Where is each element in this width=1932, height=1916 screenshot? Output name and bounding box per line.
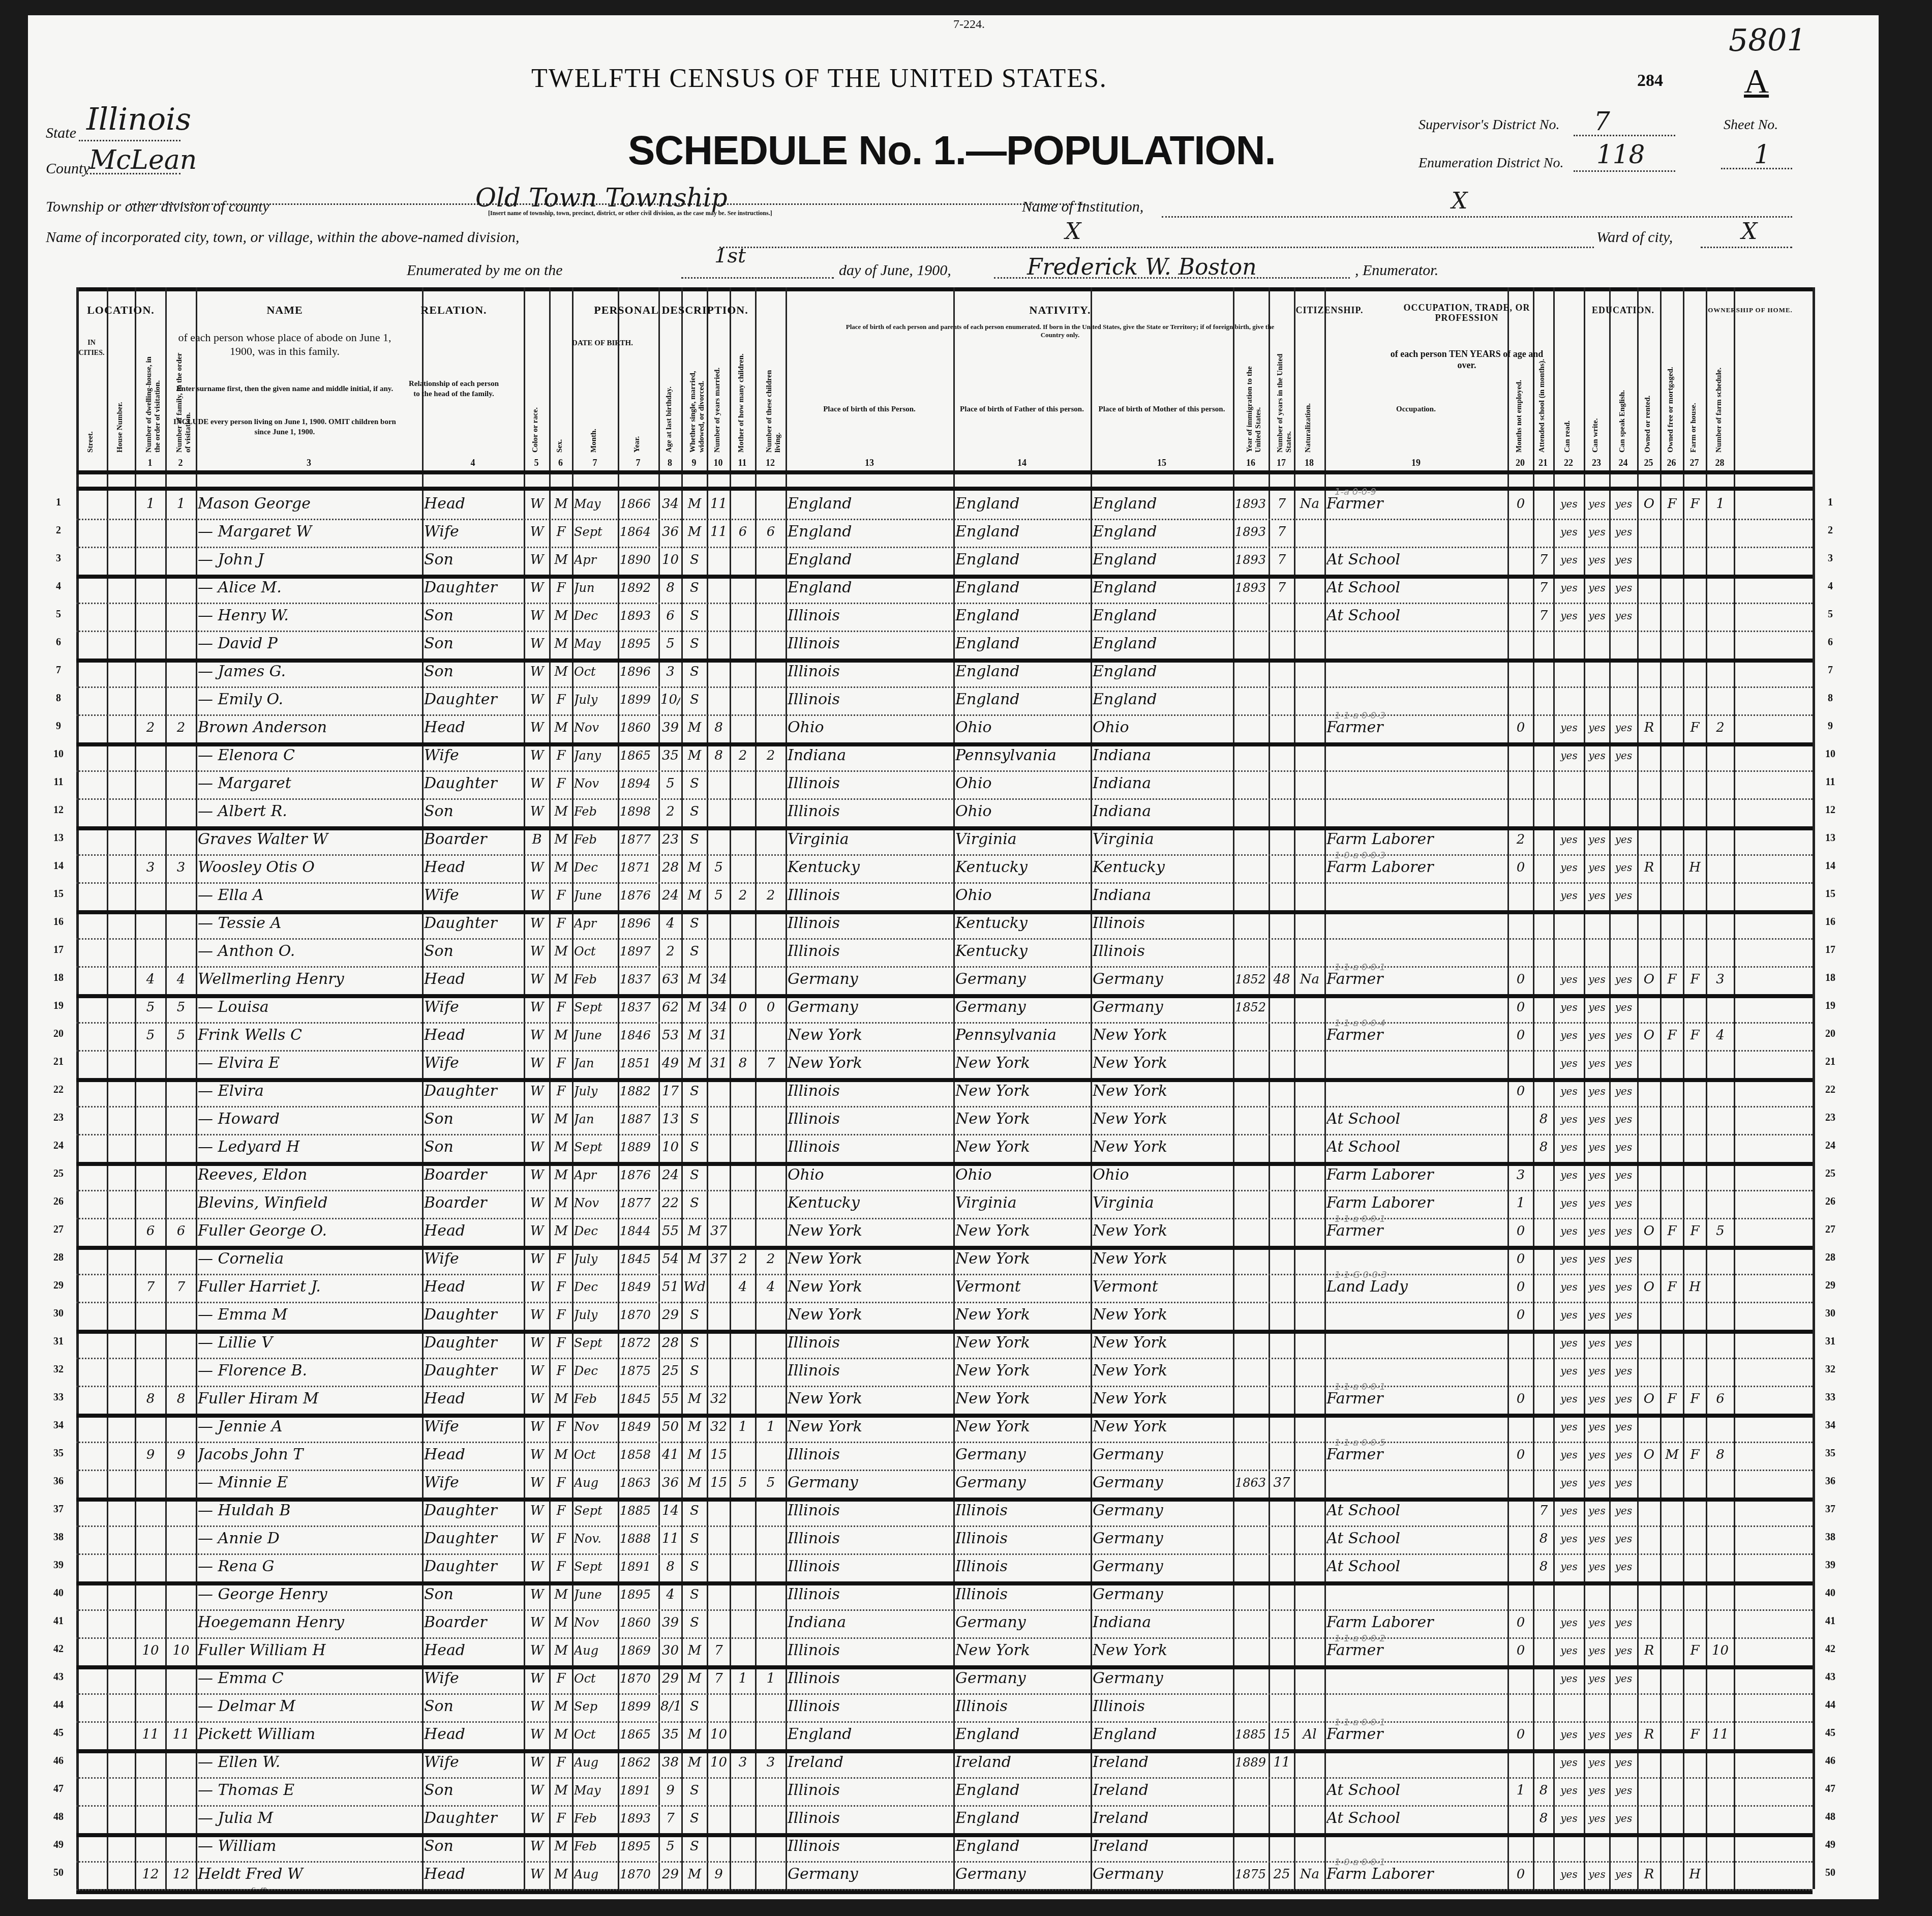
cell-read: yes: [1555, 1022, 1583, 1049]
cell-bp: Kentucky: [788, 1190, 952, 1216]
cell-mo: [732, 1498, 754, 1524]
cell-year: 1849: [620, 1274, 657, 1300]
cell-color: W: [526, 1218, 548, 1244]
column-header: Number of years in the United States.: [1276, 351, 1293, 453]
line-number: 1: [48, 497, 69, 508]
cell-bp: Illinois: [788, 1330, 952, 1356]
cell-read: yes: [1555, 1861, 1583, 1888]
cell-ne: 0: [1510, 966, 1532, 993]
line-number: 20: [1820, 1028, 1840, 1040]
cell-read: yes: [1555, 1498, 1583, 1524]
cell-ne: [1510, 1470, 1532, 1496]
cell-fh: F: [1685, 1721, 1705, 1748]
table-row[interactable]: 55— LouisaWifeWFSept183762M3400GermanyGe…: [76, 994, 1813, 1022]
cell-bp: Illinois: [788, 1525, 952, 1552]
cell-dw: [137, 1553, 164, 1580]
line-number: 9: [1820, 721, 1840, 732]
line-number: 7: [1820, 665, 1840, 676]
table-row[interactable]: — Elvira EWifeWFJan185149M3187New YorkNe…: [76, 1050, 1813, 1078]
cell-imm: [1235, 1553, 1267, 1580]
cell-dw: 12: [137, 1861, 164, 1888]
table-row[interactable]: — Alice M.DaughterWFJun18928SEnglandEngl…: [76, 575, 1813, 603]
column-number: 1: [135, 458, 165, 468]
cell-ym: 31: [709, 1050, 729, 1076]
line-number: 39: [1820, 1560, 1840, 1571]
cell-nat: [1296, 1302, 1323, 1328]
cell-rel: Head: [424, 714, 523, 741]
cell-ms: S: [683, 1162, 706, 1188]
sheet-number: 1: [1754, 140, 1770, 169]
line-number: 29: [1820, 1280, 1840, 1292]
table-row[interactable]: — Emily O.DaughterWFJuly189910/12SIllino…: [76, 686, 1813, 714]
cell-year: 1885: [620, 1498, 657, 1524]
cell-occ: [1326, 1050, 1506, 1076]
cell-year: 1899: [620, 686, 657, 713]
table-row[interactable]: — Delmar MSonWMSep18998/12SIllinoisIllin…: [76, 1693, 1813, 1721]
cell-rel: Head: [424, 1861, 523, 1888]
line-number: 37: [48, 1504, 69, 1515]
table-row[interactable]: 99Jacobs John THeadWMOct185841M15Illinoi…: [76, 1442, 1813, 1470]
cell-imm: [1235, 714, 1267, 741]
cell-ms: S: [683, 1833, 706, 1860]
cell-rel: Daughter: [424, 686, 523, 713]
cell-bpf: England: [955, 603, 1090, 629]
cell-year: 1869: [620, 1637, 657, 1664]
cell-ym: [709, 1609, 729, 1636]
cell-nat: [1296, 1777, 1323, 1804]
cell-ms: S: [683, 1581, 706, 1608]
cell-liv: [757, 1022, 784, 1049]
cell-read: yes: [1555, 994, 1583, 1021]
cell-name: — Ledyard H: [198, 1134, 421, 1160]
cell-fam: [167, 1498, 195, 1524]
table-row[interactable]: 44Wellmerling HenryHeadWMFeb183763M34Ger…: [76, 966, 1813, 994]
column-header: Number of years married.: [713, 351, 722, 453]
cell-liv: [757, 575, 784, 601]
cell-imm: [1235, 1498, 1267, 1524]
cell-age: 39: [660, 714, 680, 741]
cell-own: [1639, 603, 1659, 629]
group-name: NAME: [168, 305, 402, 315]
cell-read: yes: [1555, 1190, 1583, 1216]
cell-imm: [1235, 1190, 1267, 1216]
cell-imm: 1852: [1235, 966, 1267, 993]
cell-ms: M: [683, 882, 706, 909]
column-number: 22: [1553, 458, 1584, 468]
cell-fam: 9: [167, 1442, 195, 1468]
cell-name: — Lillie V: [198, 1330, 421, 1356]
cell-yus: [1271, 1805, 1293, 1832]
cell-name: Pickett William: [198, 1721, 421, 1748]
pencil-code: 1-1-a 0-0-1: [1335, 1214, 1385, 1224]
cell-write: yes: [1586, 1134, 1608, 1160]
cell-own: [1639, 1553, 1659, 1580]
cell-fh: [1685, 882, 1705, 909]
table-row[interactable]: — Minnie EWifeWFAug186336M1555GermanyGer…: [76, 1470, 1813, 1498]
table-row[interactable]: — Anthon O.SonWMOct18972SIllinoisKentuck…: [76, 938, 1813, 966]
cell-rel: Boarder: [424, 1190, 523, 1216]
cell-year: 1876: [620, 1162, 657, 1188]
table-row[interactable]: 66Fuller George O.HeadWMDec184455M37New …: [76, 1218, 1813, 1246]
cell-fam: [167, 547, 195, 573]
table-row[interactable]: — Henry W.SonWMDec18936SIllinoisEnglandE…: [76, 603, 1813, 631]
cell-free: [1662, 714, 1682, 741]
cell-yus: 11: [1271, 1749, 1293, 1776]
cell-month: Jany: [574, 742, 617, 769]
cell-bp: Germany: [788, 994, 952, 1021]
cell-bpf: England: [955, 519, 1090, 545]
cell-liv: 2: [757, 1246, 784, 1272]
table-row[interactable]: 77Fuller Harriet J.HeadWFDec184951Wd44Ne…: [76, 1274, 1813, 1302]
table-row[interactable]: — HowardSonWMJan188713SIllinoisNew YorkN…: [76, 1106, 1813, 1134]
table-row[interactable]: — Rena GDaughterWFSept18918SIllinoisIlli…: [76, 1553, 1813, 1581]
cell-nat: [1296, 1442, 1323, 1468]
cell-ms: S: [683, 1358, 706, 1384]
cell-name: — Elenora C: [198, 742, 421, 769]
cell-ym: [709, 1274, 729, 1300]
cell-yus: 7: [1271, 519, 1293, 545]
cell-nat: [1296, 1665, 1323, 1692]
cell-own: [1639, 826, 1659, 853]
table-row[interactable]: — George HenrySonWMJune18954SIllinoisIll…: [76, 1581, 1813, 1609]
cell-bp: Illinois: [788, 1665, 952, 1692]
state-value: Illinois: [86, 102, 191, 137]
cell-rel: Wife: [424, 1470, 523, 1496]
cell-ym: [709, 1581, 729, 1608]
table-row[interactable]: — James G.SonWMOct18963SIllinoisEnglandE…: [76, 658, 1813, 686]
column-header: House Number.: [116, 351, 125, 453]
line-number: 13: [1820, 832, 1840, 844]
cell-yus: [1271, 910, 1293, 937]
cell-rel: Wife: [424, 882, 523, 909]
cell-ne: 0: [1510, 994, 1532, 1021]
table-row[interactable]: Graves Walter WBoarderBMFeb187723SVirgin…: [76, 826, 1813, 854]
cell-year: 1889: [620, 1134, 657, 1160]
cell-year: 1893: [620, 603, 657, 629]
cell-sch: [1535, 1078, 1552, 1104]
cell-bpf: Germany: [955, 994, 1090, 1021]
enumeration-district: 118: [1596, 140, 1645, 169]
cell-read: yes: [1555, 714, 1583, 741]
cell-rel: Head: [424, 1637, 523, 1664]
cell-imm: [1235, 882, 1267, 909]
column-header: Occupation.: [1330, 404, 1502, 414]
table-row[interactable]: — Lillie VDaughterWFSept187228SIllinoisN…: [76, 1330, 1813, 1358]
cell-name: — Tessie A: [198, 910, 421, 937]
cell-bpm: Illinois: [1093, 910, 1232, 937]
cell-year: 1862: [620, 1749, 657, 1776]
cell-imm: [1235, 770, 1267, 797]
cell-color: W: [526, 938, 548, 965]
cell-yus: [1271, 826, 1293, 853]
line-number: 35: [1820, 1448, 1840, 1459]
cell-fs: [1708, 1106, 1733, 1132]
cell-nat: [1296, 798, 1323, 825]
cell-fh: [1685, 519, 1705, 545]
line-number: 24: [48, 1140, 69, 1152]
cell-own: [1639, 994, 1659, 1021]
cell-read: [1555, 1693, 1583, 1720]
cell-sch: [1535, 770, 1552, 797]
ward-label: Ward of city,: [1596, 229, 1673, 246]
cell-free: [1662, 798, 1682, 825]
cell-color: W: [526, 1386, 548, 1412]
cell-write: yes: [1586, 1637, 1608, 1664]
cell-read: yes: [1555, 1078, 1583, 1104]
cell-sex: F: [551, 1805, 571, 1832]
table-row[interactable]: — Jennie AWifeWFNov184950M3211New YorkNe…: [76, 1414, 1813, 1442]
cell-bp: Illinois: [788, 1106, 952, 1132]
cell-eng: yes: [1611, 1078, 1636, 1104]
cell-ms: S: [683, 938, 706, 965]
table-row[interactable]: — John JSonWMApr189010SEnglandEnglandEng…: [76, 547, 1813, 575]
cell-own: O: [1639, 1022, 1659, 1049]
table-row[interactable]: 1111Pickett WilliamHeadWMOct186535M10Eng…: [76, 1721, 1813, 1749]
cell-own: [1639, 1833, 1659, 1860]
cell-dw: [137, 1777, 164, 1804]
cell-bpm: New York: [1093, 1414, 1232, 1440]
cell-color: W: [526, 603, 548, 629]
line-number: 33: [1820, 1392, 1840, 1403]
cell-imm: [1235, 1777, 1267, 1804]
cell-year: 1870: [620, 1861, 657, 1888]
cell-sex: F: [551, 882, 571, 909]
cell-bpf: England: [955, 631, 1090, 657]
cell-fs: [1708, 1861, 1733, 1888]
column-header: Number of dwelling-house, in the order o…: [145, 351, 162, 453]
table-row[interactable]: — Ellen W.WifeWFAug186238M1033IrelandIre…: [76, 1749, 1813, 1777]
cell-mo: [732, 1721, 754, 1748]
cell-year: 1894: [620, 770, 657, 797]
cell-yus: [1271, 770, 1293, 797]
line-number: 37: [1820, 1504, 1840, 1515]
table-row[interactable]: — David PSonWMMay18955SIllinoisEnglandEn…: [76, 631, 1813, 658]
cell-free: [1662, 910, 1682, 937]
pencil-code: 1-0-a 0-0-3: [1335, 850, 1385, 861]
cell-read: yes: [1555, 547, 1583, 573]
group-dob: DATE OF BIRTH.: [559, 338, 646, 348]
cell-occ: [1326, 1302, 1506, 1328]
table-row[interactable]: Blevins, WinfieldBoarderWMNov187722SKent…: [76, 1190, 1813, 1218]
line-number: 8: [1820, 693, 1840, 704]
line-number: 48: [48, 1811, 69, 1823]
cell-ms: M: [683, 1861, 706, 1888]
cell-name: — Annie D: [198, 1525, 421, 1552]
cell-liv: [757, 1442, 784, 1468]
group-location: LOCATION.: [76, 305, 165, 315]
cell-fh: [1685, 547, 1705, 573]
cell-month: Feb: [574, 798, 617, 825]
cell-color: W: [526, 1274, 548, 1300]
cell-imm: [1235, 1022, 1267, 1049]
table-row[interactable]: — Annie DDaughterWFNov.188811SIllinoisIl…: [76, 1525, 1813, 1553]
cell-eng: yes: [1611, 1414, 1636, 1440]
cell-own: [1639, 1414, 1659, 1440]
cell-ne: [1510, 658, 1532, 685]
table-row[interactable]: — Ledyard HSonWMSept188910SIllinoisNew Y…: [76, 1134, 1813, 1162]
cell-sex: M: [551, 798, 571, 825]
cell-color: W: [526, 1693, 548, 1720]
table-row[interactable]: 11Mason GeorgeHeadWMMay186634M11EnglandE…: [76, 491, 1813, 519]
table-row[interactable]: — Ella AWifeWFJune187624M522IllinoisOhio…: [76, 882, 1813, 910]
cell-write: yes: [1586, 491, 1608, 517]
cell-liv: 4: [757, 1274, 784, 1300]
cell-sex: M: [551, 854, 571, 881]
table-row[interactable]: Hoegemann HenryBoarderWMNov186039SIndian…: [76, 1609, 1813, 1637]
pencil-code: 1-1-a 0-0-1: [1335, 1717, 1385, 1728]
cell-dw: [137, 1106, 164, 1132]
cell-bp: Kentucky: [788, 854, 952, 881]
cell-sex: M: [551, 1861, 571, 1888]
header-rule: [76, 487, 1813, 491]
cell-yus: [1271, 1078, 1293, 1104]
line-number: 27: [48, 1224, 69, 1236]
table-row[interactable]: — CorneliaWifeWFJuly184554M3722New YorkN…: [76, 1246, 1813, 1274]
column-number: 7: [618, 458, 658, 468]
table-row[interactable]: — ElviraDaughterWFJuly188217SIllinoisNew…: [76, 1078, 1813, 1106]
cell-ms: M: [683, 742, 706, 769]
cell-liv: [757, 1106, 784, 1132]
cell-dw: [137, 1833, 164, 1860]
column-header: Can speak English.: [1618, 351, 1627, 453]
table-row[interactable]: — WilliamSonWMFeb18955SIllinoisEnglandIr…: [76, 1833, 1813, 1861]
table-row[interactable]: — Elenora CWifeWFJany186535M822IndianaPe…: [76, 742, 1813, 770]
cell-year: 1864: [620, 519, 657, 545]
table-row[interactable]: — Florence B.DaughterWFDec187525SIllinoi…: [76, 1358, 1813, 1386]
table-row[interactable]: — Huldah BDaughterWFSept188514SIllinoisI…: [76, 1498, 1813, 1525]
pencil-code: 1-1-a 0-0-4: [1335, 1018, 1385, 1029]
cell-own: [1639, 1246, 1659, 1272]
cell-name: — Ellen W.: [198, 1749, 421, 1776]
cell-yus: [1271, 1302, 1293, 1328]
table-row[interactable]: — Tessie ADaughterWFApr18964SIllinoisKen…: [76, 910, 1813, 938]
cell-write: yes: [1586, 714, 1608, 741]
sheet-side: A: [1744, 61, 1769, 101]
cell-fam: [167, 603, 195, 629]
table-row[interactable]: — Albert R.SonWMFeb18982SIllinoisOhioInd…: [76, 798, 1813, 826]
cell-year: 1875: [620, 1358, 657, 1384]
table-row[interactable]: 1010Fuller William HHeadWMAug186930M7Ill…: [76, 1637, 1813, 1665]
cell-mo: [732, 1386, 754, 1412]
cell-eng: yes: [1611, 1665, 1636, 1692]
cell-fam: 1: [167, 491, 195, 517]
cell-ym: [709, 826, 729, 853]
cell-own: [1639, 1581, 1659, 1608]
cell-liv: [757, 603, 784, 629]
cell-sex: F: [551, 770, 571, 797]
cell-liv: [757, 826, 784, 853]
cell-eng: yes: [1611, 1749, 1636, 1776]
cell-nat: [1296, 631, 1323, 657]
cell-sex: M: [551, 1442, 571, 1468]
cell-ym: [709, 631, 729, 657]
line-number: 36: [48, 1476, 69, 1487]
ward-value: X: [1741, 219, 1757, 245]
line-number: 47: [48, 1783, 69, 1795]
cell-age: 2: [660, 938, 680, 965]
occupation-desc: of each person TEN YEARS of age and over…: [1383, 348, 1551, 371]
cell-write: [1586, 1581, 1608, 1608]
table-row[interactable]: — MargaretDaughterWFNov18945SIllinoisOhi…: [76, 770, 1813, 798]
cell-bp: New York: [788, 1302, 952, 1328]
cell-dw: [137, 1525, 164, 1552]
cell-read: yes: [1555, 519, 1583, 545]
table-row[interactable]: — Thomas ESonWMMay18919SIllinoisEnglandI…: [76, 1777, 1813, 1805]
table-row[interactable]: — Julia MDaughterWFFeb18937SIllinoisEngl…: [76, 1805, 1813, 1833]
column-header: Farm or house.: [1689, 351, 1698, 453]
cell-read: yes: [1555, 1414, 1583, 1440]
table-row[interactable]: 22Brown AndersonHeadWMNov186039M8OhioOhi…: [76, 714, 1813, 742]
cell-month: Aug: [574, 1637, 617, 1664]
cell-name: Mason George: [198, 491, 421, 517]
cell-bpf: Kentucky: [955, 938, 1090, 965]
cell-sch: [1535, 1861, 1552, 1888]
cell-liv: [757, 1134, 784, 1160]
cell-nat: [1296, 1498, 1323, 1524]
city-label: Name of incorporated city, town, or vill…: [46, 229, 520, 246]
cell-ms: M: [683, 994, 706, 1021]
nativity-desc: Place of birth of each person and parent…: [839, 323, 1281, 339]
cell-bpm: Indiana: [1093, 798, 1232, 825]
cell-bp: Ohio: [788, 714, 952, 741]
cell-ne: [1510, 1414, 1532, 1440]
cell-fs: 1: [1708, 491, 1733, 517]
cell-name: — Louisa: [198, 994, 421, 1021]
column-header: Year.: [633, 351, 642, 453]
table-row[interactable]: 1212Heldt Fred WHeadWMAug187029M9Germany…: [76, 1861, 1813, 1889]
table-row[interactable]: — Emma MDaughterWFJuly187029SNew YorkNew…: [76, 1302, 1813, 1330]
cell-fam: [167, 1833, 195, 1860]
cell-bpf: New York: [955, 1134, 1090, 1160]
cell-yus: [1271, 938, 1293, 965]
table-row[interactable]: 55Frink Wells CHeadWMJune184653M31New Yo…: [76, 1022, 1813, 1050]
cell-year: 1891: [620, 1777, 657, 1804]
line-number: 35: [48, 1448, 69, 1459]
cell-fh: [1685, 910, 1705, 937]
cell-liv: 0: [757, 994, 784, 1021]
cell-age: 29: [660, 1665, 680, 1692]
table-row[interactable]: — Margaret WWifeWFSept186436M1166England…: [76, 519, 1813, 547]
cell-free: [1662, 770, 1682, 797]
cell-bpm: England: [1093, 686, 1232, 713]
cell-color: W: [526, 519, 548, 545]
cell-sch: [1535, 1414, 1552, 1440]
cell-occ: At School: [1326, 603, 1506, 629]
cell-imm: [1235, 910, 1267, 937]
cell-nat: [1296, 770, 1323, 797]
cell-fs: [1708, 575, 1733, 601]
cell-yus: [1271, 631, 1293, 657]
cell-sch: [1535, 658, 1552, 685]
line-number: 42: [1820, 1643, 1840, 1655]
cell-bpm: Ireland: [1093, 1749, 1232, 1776]
cell-fam: [167, 1358, 195, 1384]
table-row[interactable]: — Emma CWifeWFOct187029M711IllinoisGerma…: [76, 1665, 1813, 1693]
cell-free: [1662, 1861, 1682, 1888]
table-row[interactable]: 88Fuller Hiram MHeadWMFeb184555M32New Yo…: [76, 1386, 1813, 1414]
table-row[interactable]: Reeves, EldonBoarderWMApr187624SOhioOhio…: [76, 1162, 1813, 1190]
cell-bp: New York: [788, 1022, 952, 1049]
cell-name: Frink Wells C: [198, 1022, 421, 1049]
cell-occ: At School: [1326, 1777, 1506, 1804]
cell-color: W: [526, 686, 548, 713]
cell-fs: [1708, 1833, 1733, 1860]
cell-name: Graves Walter W: [198, 826, 421, 853]
cell-dw: [137, 1749, 164, 1776]
cell-dw: 5: [137, 1022, 164, 1049]
table-row[interactable]: 33Woosley Otis OHeadWMDec187128M5Kentuck…: [76, 854, 1813, 882]
cell-eng: yes: [1611, 966, 1636, 993]
